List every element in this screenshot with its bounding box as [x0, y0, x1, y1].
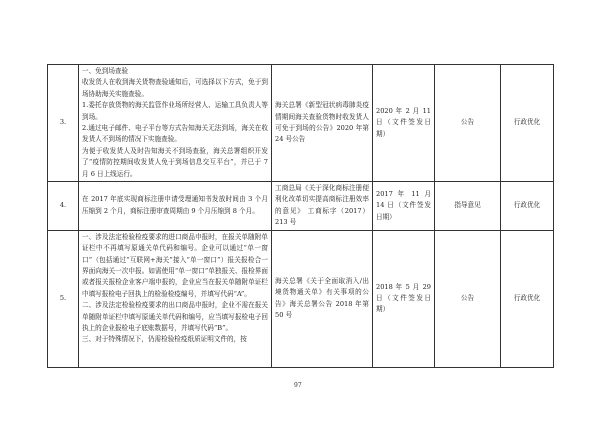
document-type: 公告: [435, 65, 501, 182]
content-line: 一、免到场查验: [82, 66, 268, 77]
table-row: 3. 一、免到场查验 收发货人在收到海关货物查验通知后，可选择以下方式，免于到场…: [48, 65, 554, 182]
row-number: 3.: [48, 65, 79, 182]
date-text: 2018 年 5 月 29 日（文件签发日期）: [376, 282, 431, 316]
date-text: 2017 年 11 月 14 日（文件签发日期）: [376, 189, 431, 223]
basis-text: 海关总署《新型冠状病毒肺炎疫情期间海关查验货物时收发货人可免于到场的公告》202…: [275, 100, 369, 146]
content-line: 2.通过电子邮件、电子平台等方式告知海关无法到场，海关在收发货人不到场的情况下实…: [82, 123, 268, 146]
content-line: 三、对于特殊情况下，仍需检验检疫纸质证明文件的，按: [82, 334, 268, 345]
content-line: 收发货人在收到海关货物查验通知后，可选择以下方式，免于到场协助海关实施查验。: [82, 77, 268, 100]
policy-basis: 工商总局《关于深化商标注册便利化改革切实提高商标注册效率的意见》 工商标字（20…: [272, 182, 373, 231]
basis-text: 海关总署《关于全面取消入/出境货物通关单》有关事项的公告》海关总署公告 2018…: [275, 276, 369, 322]
content-line: 二、涉及法定检验检疫要求的出口商品申报时，企业不需在报关单随附单证栏中填写原通关…: [82, 300, 268, 334]
page-number: 97: [294, 382, 302, 389]
table-row: 5. 一、涉及法定检验检疫要求的进口商品申报时，在报关单随附单证栏中不再填写原通…: [48, 230, 554, 367]
measure-content: 在 2017 年底实现商标注册申请受理通知书发放时间由 3 个月压缩到 2 个月…: [79, 182, 272, 231]
content-line: 1.委托存放货物的海关监管作业场所经营人、运输工具负责人等到场。: [82, 100, 268, 123]
date-text: 2020 年 2 月 11 日（文件签发日期）: [376, 106, 431, 140]
basis-text: 工商总局《关于深化商标注册便利化改革切实提高商标注册效率的意见》 工商标字（20…: [275, 183, 369, 229]
category: 行政优化: [501, 182, 554, 231]
document-type: 公告: [435, 230, 501, 367]
content-line: 一、涉及法定检验检疫要求的进口商品申报时，在报关单随附单证栏中不再填写原通关单代…: [82, 232, 268, 300]
row-number: 4.: [48, 182, 79, 231]
document-type: 指导意见: [435, 182, 501, 231]
content-line: 在 2017 年底实现商标注册申请受理通知书发放时间由 3 个月压缩到 2 个月…: [82, 194, 268, 217]
issue-date: 2020 年 2 月 11 日（文件签发日期）: [373, 65, 435, 182]
policy-table: 3. 一、免到场查验 收发货人在收到海关货物查验通知后，可选择以下方式，免于到场…: [47, 64, 554, 368]
measure-content: 一、涉及法定检验检疫要求的进口商品申报时，在报关单随附单证栏中不再填写原通关单代…: [79, 230, 272, 367]
policy-basis: 海关总署《关于全面取消入/出境货物通关单》有关事项的公告》海关总署公告 2018…: [272, 230, 373, 367]
category: 行政优化: [501, 230, 554, 367]
content-line: 为便于收发货人及时告知海关不到场查验，海关总署组织开发了“疫情防控期间收发货人免…: [82, 146, 268, 180]
policy-basis: 海关总署《新型冠状病毒肺炎疫情期间海关查验货物时收发货人可免于到场的公告》202…: [272, 65, 373, 182]
issue-date: 2017 年 11 月 14 日（文件签发日期）: [373, 182, 435, 231]
table-row: 4. 在 2017 年底实现商标注册申请受理通知书发放时间由 3 个月压缩到 2…: [48, 182, 554, 231]
issue-date: 2018 年 5 月 29 日（文件签发日期）: [373, 230, 435, 367]
measure-content: 一、免到场查验 收发货人在收到海关货物查验通知后，可选择以下方式，免于到场协助海…: [79, 65, 272, 182]
category: 行政优化: [501, 65, 554, 182]
row-number: 5.: [48, 230, 79, 367]
